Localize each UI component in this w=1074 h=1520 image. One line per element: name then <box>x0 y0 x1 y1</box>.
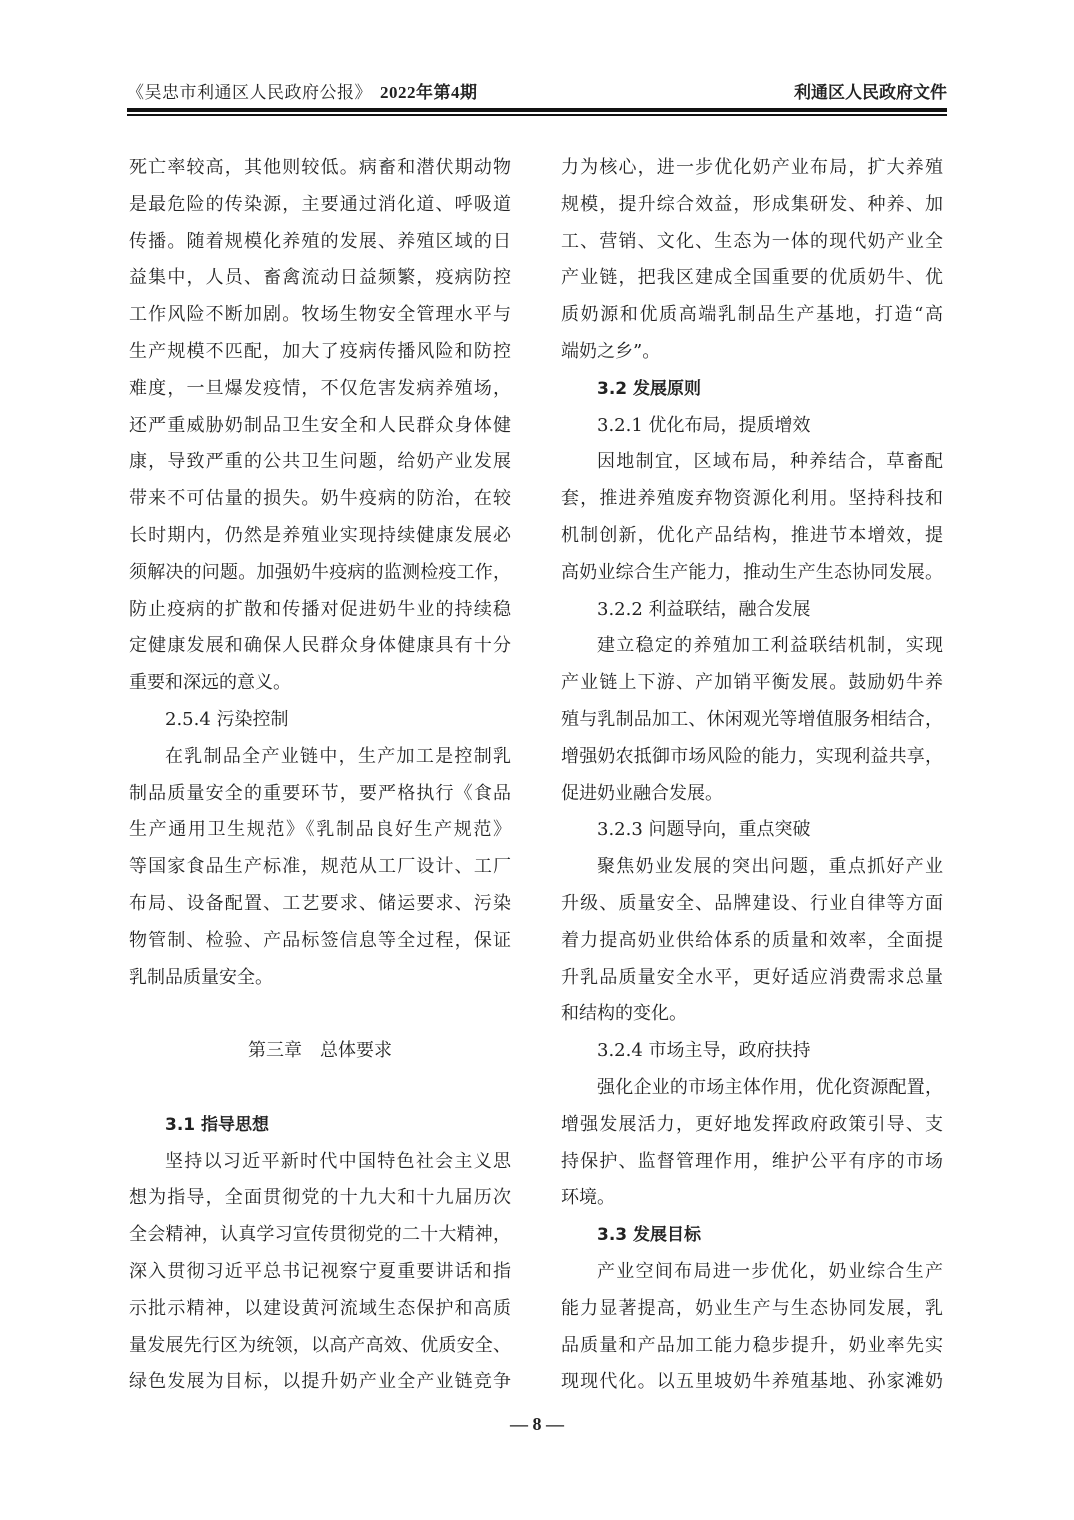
text-line: 乳制品质量安全。 <box>129 960 511 997</box>
text-line: 等国家食品生产标准，规范从工厂设计、工厂 <box>129 849 511 886</box>
left-column: 死亡率较高，其他则较低。病畜和潜伏期动物 是最危险的传染源，主要通过消化道、呼吸… <box>129 150 511 1401</box>
text-line: 物管制、检验、产品标签信息等全过程，保证 <box>129 923 511 960</box>
text-line: 升级、质量安全、品牌建设、行业自律等方面 <box>561 886 943 923</box>
text-line: 是最危险的传染源，主要通过消化道、呼吸道 <box>129 187 511 224</box>
text-line: 重要和深远的意义。 <box>129 665 511 702</box>
paragraph-epidemic: 死亡率较高，其他则较低。病畜和潜伏期动物 是最危险的传染源，主要通过消化道、呼吸… <box>129 150 511 702</box>
paragraph-guiding-thought-cont: 力为核心，进一步优化奶产业布局，扩大养殖 规模，提升综合效益，形成集研发、种养、… <box>561 150 943 371</box>
text-line: 促进奶业融合发展。 <box>561 776 943 813</box>
text-line: 产业链上下游、产加销平衡发展。鼓励奶牛养 <box>561 665 943 702</box>
text-line: 品质量和产品加工能力稳步提升，奶业率先实 <box>561 1328 943 1365</box>
paragraph-3-2-4: 强化企业的市场主体作用，优化资源配置， 增强发展活力，更好地发挥政府政策引导、支… <box>561 1070 943 1217</box>
text-line: 布局、设备配置、工艺要求、储运要求、污染 <box>129 886 511 923</box>
spacer <box>129 996 511 1033</box>
text-line: 死亡率较高，其他则较低。病畜和潜伏期动物 <box>129 150 511 187</box>
text-line: 机制创新，优化产品结构，推进节本增效，提 <box>561 518 943 555</box>
paragraph-3-2-3: 聚焦奶业发展的突出问题，重点抓好产业 升级、质量安全、品牌建设、行业自律等方面 … <box>561 849 943 1033</box>
text-line: 聚焦奶业发展的突出问题，重点抓好产业 <box>561 849 943 886</box>
publication-title: 《吴忠市利通区人民政府公报》2022年第4期 <box>127 78 478 103</box>
text-line: 在乳制品全产业链中，生产加工是控制乳 <box>129 739 511 776</box>
text-line: 绿色发展为目标，以提升奶产业全产业链竞争 <box>129 1364 511 1401</box>
text-line: 现现代化。以五里坡奶牛养殖基地、孙家滩奶 <box>561 1364 943 1401</box>
header-rule-thin <box>127 114 947 116</box>
text-line: 坚持以习近平新时代中国特色社会主义思 <box>129 1144 511 1181</box>
text-line: 生产通用卫生规范》《乳制品良好生产规范》 <box>129 812 511 849</box>
text-line: 强化企业的市场主体作用，优化资源配置， <box>561 1070 943 1107</box>
text-line: 着力提高奶业供给体系的质量和效率，全面提 <box>561 923 943 960</box>
text-line: 长时期内，仍然是养殖业实现持续健康发展必 <box>129 518 511 555</box>
text-line: 康，导致严重的公共卫生问题，给奶产业发展 <box>129 444 511 481</box>
text-line: 深入贯彻习近平总书记视察宁夏重要讲话和指 <box>129 1254 511 1291</box>
section-heading-3-1: 3.1 指导思想 <box>129 1107 511 1144</box>
subsection-heading-3-2-1: 3.2.1 优化布局，提质增效 <box>561 408 943 445</box>
text-line: 和结构的变化。 <box>561 996 943 1033</box>
text-line: 定健康发展和确保人民群众身体健康具有十分 <box>129 628 511 665</box>
text-line: 持保护、监督管理作用，维护公平有序的市场 <box>561 1144 943 1181</box>
issue-number: 2022年第4期 <box>380 83 478 102</box>
text-line: 量发展先行区为统领，以高产高效、优质安全、 <box>129 1328 511 1365</box>
section-title: 利通区人民政府文件 <box>794 78 947 103</box>
spacer <box>129 1070 511 1107</box>
header-rule-thick <box>127 108 947 112</box>
text-line: 端奶之乡”。 <box>561 334 943 371</box>
section-heading-3-2: 3.2 发展原则 <box>561 371 943 408</box>
text-line: 防止疫病的扩散和传播对促进奶牛业的持续稳 <box>129 592 511 629</box>
section-heading-3-3: 3.3 发展目标 <box>561 1217 943 1254</box>
paragraph-pollution-control: 在乳制品全产业链中，生产加工是控制乳 制品质量安全的重要环节，要严格执行《食品 … <box>129 739 511 997</box>
text-line: 套，推进养殖废弃物资源化利用。坚持科技和 <box>561 481 943 518</box>
text-line: 高奶业综合生产能力，推动生产生态协同发展。 <box>561 555 943 592</box>
text-line: 生产规模不匹配，加大了疫病传播风险和防控 <box>129 334 511 371</box>
right-column: 力为核心，进一步优化奶产业布局，扩大养殖 规模，提升综合效益，形成集研发、种养、… <box>561 150 943 1401</box>
text-line: 产业链，把我区建成全国重要的优质奶牛、优 <box>561 260 943 297</box>
publication-name: 《吴忠市利通区人民政府公报》 <box>127 83 372 103</box>
page-number: — 8 — <box>0 1414 1074 1435</box>
chapter-title: 第三章 总体要求 <box>129 1033 511 1070</box>
text-line: 增强发展活力，更好地发挥政府政策引导、支 <box>561 1107 943 1144</box>
subsection-heading-3-2-4: 3.2.4 市场主导，政府扶持 <box>561 1033 943 1070</box>
paragraph-guiding-thought: 坚持以习近平新时代中国特色社会主义思 想为指导，全面贯彻党的十九大和十九届历次 … <box>129 1144 511 1402</box>
text-line: 能力显著提高，奶业生产与生态协同发展，乳 <box>561 1291 943 1328</box>
text-line: 益集中，人员、畜禽流动日益频繁，疫病防控 <box>129 260 511 297</box>
text-line: 环境。 <box>561 1180 943 1217</box>
text-line: 产业空间布局进一步优化，奶业综合生产 <box>561 1254 943 1291</box>
paragraph-3-2-1: 因地制宜，区域布局，种养结合，草畜配 套，推进养殖废弃物资源化利用。坚持科技和 … <box>561 444 943 591</box>
text-line: 传播。随着规模化养殖的发展、养殖区域的日 <box>129 224 511 261</box>
text-line: 还严重威胁奶制品卫生安全和人民群众身体健 <box>129 408 511 445</box>
text-line: 因地制宜，区域布局，种养结合，草畜配 <box>561 444 943 481</box>
text-line: 难度，一旦爆发疫情，不仅危害发病养殖场， <box>129 371 511 408</box>
subsection-heading-3-2-3: 3.2.3 问题导向，重点突破 <box>561 812 943 849</box>
paragraph-3-2-2: 建立稳定的养殖加工利益联结机制，实现 产业链上下游、产加销平衡发展。鼓励奶牛养 … <box>561 628 943 812</box>
text-line: 工作风险不断加剧。牧场生物安全管理水平与 <box>129 297 511 334</box>
text-line: 规模，提升综合效益，形成集研发、种养、加 <box>561 187 943 224</box>
text-line: 升乳品质量安全水平，更好适应消费需求总量 <box>561 960 943 997</box>
text-line: 带来不可估量的损失。奶牛疫病的防治，在较 <box>129 481 511 518</box>
text-line: 制品质量安全的重要环节，要严格执行《食品 <box>129 776 511 813</box>
text-line: 须解决的问题。加强奶牛疫病的监测检疫工作， <box>129 555 511 592</box>
text-line: 建立稳定的养殖加工利益联结机制，实现 <box>561 628 943 665</box>
page-header: 《吴忠市利通区人民政府公报》2022年第4期 利通区人民政府文件 <box>127 78 947 106</box>
text-line: 殖与乳制品加工、休闲观光等增值服务相结合， <box>561 702 943 739</box>
subsection-heading-3-2-2: 3.2.2 利益联结，融合发展 <box>561 592 943 629</box>
text-line: 想为指导，全面贯彻党的十九大和十九届历次 <box>129 1180 511 1217</box>
text-line: 增强奶农抵御市场风险的能力，实现利益共享， <box>561 739 943 776</box>
subsection-heading-2-5-4: 2.5.4 污染控制 <box>129 702 511 739</box>
text-line: 示批示精神，以建设黄河流域生态保护和高质 <box>129 1291 511 1328</box>
text-line: 工、营销、文化、生态为一体的现代奶产业全 <box>561 224 943 261</box>
text-line: 全会精神，认真学习宣传贯彻党的二十大精神， <box>129 1217 511 1254</box>
paragraph-3-3: 产业空间布局进一步优化，奶业综合生产 能力显著提高，奶业生产与生态协同发展，乳 … <box>561 1254 943 1401</box>
text-line: 力为核心，进一步优化奶产业布局，扩大养殖 <box>561 150 943 187</box>
text-line: 质奶源和优质高端乳制品生产基地，打造“高 <box>561 297 943 334</box>
